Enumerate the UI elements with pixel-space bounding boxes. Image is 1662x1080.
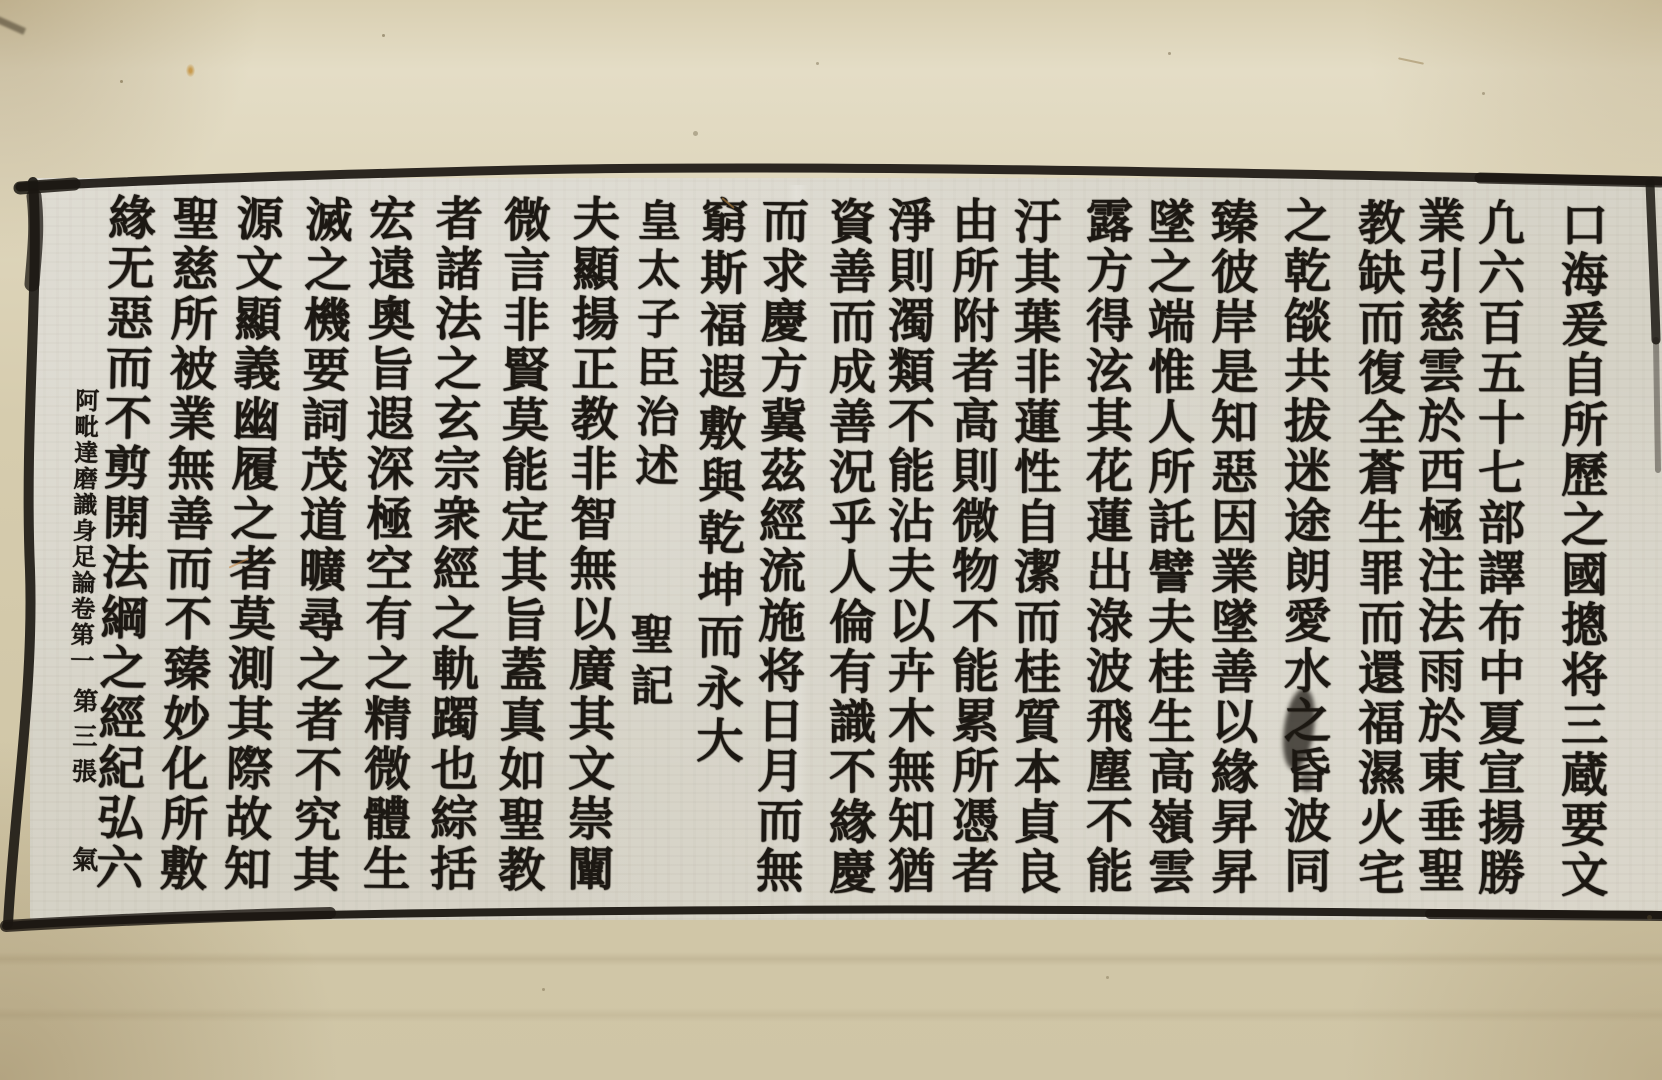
paper-stain [186, 64, 195, 77]
margin-sheet-number: 第三張 [69, 688, 96, 793]
text-column-record-8: 緣无惡而不剪開法綱之經紀弘六 [91, 193, 151, 894]
text-column-record-1: 夫顯揚正教非智無以廣其文崇闡 [562, 194, 615, 894]
text-column-preface-4: 教缺而復全蒼生罪而還福濕火宅 [1353, 198, 1400, 898]
text-column-record-3: 者諸法之玄宗衆經之軌躅也綜括 [425, 194, 478, 894]
text-column-preface-5: 之乾燄共拔迷途朗愛水之昏波同 [1279, 196, 1326, 896]
text-column-record-5: 滅之機要詞茂道曠尋之者不究其 [288, 195, 348, 896]
text-column-record-7: 聖慈所被業無善而不臻妙化所敷 [155, 194, 215, 895]
text-column-preface-8: 露方得泫其花蓮出淥波飛塵不能 [1081, 196, 1128, 896]
text-column-preface-12: 資善而成善況乎人倫有識不緣慶 [824, 197, 871, 897]
text-column-preface-13: 而求慶方冀茲經流施将日月而無 [751, 196, 804, 896]
text-column-preface-2: 凢六百五十七部譯布中夏宣揚勝 [1473, 198, 1520, 898]
margin-case-character: 氣 [70, 846, 96, 872]
text-column-preface-1: 口海爰自所歷之國摠将三蔵要文 [1556, 200, 1603, 900]
text-column-preface-7: 墜之端惟人所託譬夫桂生高嶺雲 [1143, 197, 1190, 897]
margin-scroll-title: 阿毗達磨識身足論卷第一 [67, 388, 96, 674]
text-column-preface-11: 淨則濁類不能沾夫以卉木無知猶 [883, 196, 930, 896]
text-column-preface-14: 窮斯福遐敷與乾坤而永大 [691, 196, 743, 768]
text-column-preface-9: 汙其葉非蓮性自潔而桂質本貞良 [1009, 197, 1056, 897]
text-column-preface-3: 業引慈雲於西極注法雨於東垂聖 [1413, 196, 1460, 896]
text-column-record-6: 源文顯義幽履之者莫測其際故知 [219, 194, 279, 895]
text-column-record-4: 宏遠奧旨遐深極空有之精微體生 [358, 194, 411, 894]
text-column-preface-6: 臻彼岸是知惡因業墜善以緣昇昇 [1206, 197, 1253, 897]
scanned-page: 口海爰自所歷之國摠将三蔵要文 凢六百五十七部譯布中夏宣揚勝 業引慈雲於西極注法雨… [0, 0, 1662, 1080]
section-title: 聖記 [626, 612, 670, 714]
paper-speck [120, 80, 123, 83]
ink-smudge [1300, 770, 1314, 792]
text-column-preface-10: 由所附者高則微物不能累所憑者 [947, 196, 994, 896]
text-column-record-2: 微言非賢莫能定其旨蓋真如聖教 [493, 195, 546, 895]
attribution-column: 皇太子臣治述 [631, 198, 677, 492]
